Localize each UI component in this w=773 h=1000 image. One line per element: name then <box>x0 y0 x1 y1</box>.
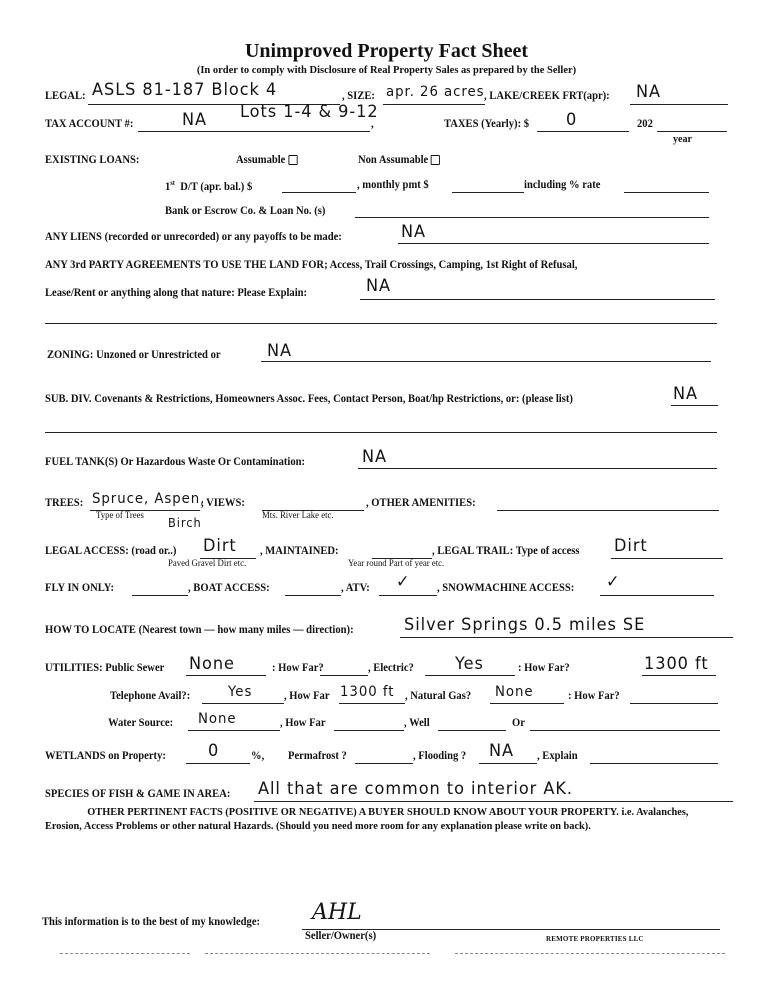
taxes-label: TAXES (Yearly): $ <box>444 118 529 130</box>
rate-field[interactable] <box>624 192 709 193</box>
tax-year-field[interactable] <box>657 131 727 132</box>
non-assumable-checkbox[interactable] <box>431 155 440 165</box>
legal-access-value: Dirt <box>203 536 237 556</box>
public-sewer-value: None <box>189 654 235 674</box>
wetlands-field[interactable] <box>186 763 250 764</box>
sewer-how-far-label: : How Far? <box>272 662 324 674</box>
lake-frontage-label: , LAKE/CREEK FRT(apr): <box>484 90 610 102</box>
signature-label: This information is to the best of my kn… <box>42 916 260 928</box>
trees-value: Spruce, Aspen, <box>92 491 205 507</box>
well-label: , Well <box>404 717 430 729</box>
tax-year-caption: year <box>673 134 692 145</box>
water-source-field[interactable] <box>188 730 280 731</box>
size-value: apr. 26 acres <box>386 84 485 100</box>
scan-artifact-line <box>455 953 725 954</box>
sewer-how-far-field[interactable] <box>320 675 368 676</box>
natural-gas-value: None <box>495 684 534 700</box>
assumable-checkbox[interactable] <box>288 155 297 165</box>
page-title: Unimproved Property Fact Sheet <box>0 40 773 63</box>
tax-account-value: NA <box>182 110 207 130</box>
size-label: , SIZE: <box>342 90 375 102</box>
electric-value: Yes <box>455 654 484 674</box>
size-field[interactable] <box>383 104 485 105</box>
zoning-field[interactable] <box>261 361 711 362</box>
how-to-locate-label: HOW TO LOCATE (Nearest town — how many m… <box>45 624 354 636</box>
assumable-label: Assumable <box>236 154 285 166</box>
water-how-far-field[interactable] <box>334 730 404 731</box>
non-assumable-option[interactable]: Non Assumable <box>358 154 440 166</box>
legal-access-caption: Paved Gravel Dirt etc. <box>168 559 246 569</box>
tax-account-comma: , <box>371 118 374 130</box>
legal-access-label: LEGAL ACCESS: (road or..) <box>45 545 176 557</box>
gas-how-far-label: : How Far? <box>568 690 620 702</box>
electric-field[interactable] <box>425 675 515 676</box>
tax-account-field[interactable] <box>138 131 370 132</box>
legal-trail-value: Dirt <box>614 536 648 556</box>
water-how-far-label: , How Far <box>280 717 326 729</box>
fuel-tanks-value: NA <box>362 447 387 467</box>
agreements-label-line2: Lease/Rent or anything along that nature… <box>45 287 307 299</box>
wetlands-percent: %, <box>251 750 264 762</box>
lake-frontage-value: NA <box>636 82 661 102</box>
fuel-tanks-field[interactable] <box>358 468 717 469</box>
electric-how-far-value: 1300 ft <box>644 654 709 674</box>
fuel-tanks-label: FUEL TANK(S) Or Hazardous Waste Or Conta… <box>45 456 305 468</box>
trees-caption: Type of Trees <box>96 511 144 521</box>
first-dt-label: 1st D/T (apr. bal.) $ <box>165 179 252 193</box>
company-footer: REMOTE PROPERTIES LLC <box>546 935 644 943</box>
how-to-locate-field[interactable] <box>400 637 733 638</box>
wetlands-value: 0 <box>208 741 219 761</box>
views-caption: Mts. River Lake etc. <box>262 511 334 521</box>
trees-label: TREES: <box>45 497 83 509</box>
views-label: , VIEWS: <box>201 497 245 509</box>
gas-how-far-field[interactable] <box>630 703 718 704</box>
flooding-field[interactable] <box>479 763 537 764</box>
subdivision-value: NA <box>673 384 698 404</box>
permafrost-field[interactable] <box>355 763 413 764</box>
maintained-caption: Year round Part of year etc. <box>348 559 444 569</box>
existing-loans-label: EXISTING LOANS: <box>45 154 139 166</box>
electric-how-far-field[interactable] <box>642 675 716 676</box>
agreements-value: NA <box>366 276 391 296</box>
boat-access-label: , BOAT ACCESS: <box>188 582 270 594</box>
legal-trail-label: , LEGAL TRAIL: Type of access <box>432 545 580 557</box>
tax-account-label: TAX ACCOUNT #: <box>45 118 133 130</box>
page-subtitle: (In order to comply with Disclosure of R… <box>0 65 773 76</box>
liens-field[interactable] <box>398 243 709 244</box>
water-other-field[interactable] <box>530 730 720 731</box>
first-dt-text: D/T (apr. bal.) $ <box>180 181 252 193</box>
telephone-label: Telephone Avail?: <box>110 690 190 702</box>
liens-label: ANY LIENS (recorded or unrecorded) or an… <box>45 231 342 243</box>
tax-year-prefix: 202 <box>637 118 653 130</box>
bank-escrow-label: Bank or Escrow Co. & Loan No. (s) <box>165 205 325 217</box>
flooding-value: NA <box>489 741 514 761</box>
snowmachine-label: , SNOWMACHINE ACCESS: <box>437 582 574 594</box>
permafrost-label: Permafrost ? <box>288 750 347 762</box>
subdivision-field[interactable] <box>671 405 718 406</box>
dt-balance-field[interactable] <box>282 192 356 193</box>
natural-gas-label: , Natural Gas? <box>405 690 471 702</box>
natural-gas-field[interactable] <box>490 703 564 704</box>
species-label: SPECIES OF FISH & GAME IN AREA: <box>45 788 230 800</box>
seller-owner-caption: Seller/Owner(s) <box>305 930 376 942</box>
non-assumable-label: Non Assumable <box>358 154 428 166</box>
atv-field[interactable] <box>379 595 437 596</box>
or-label: Or <box>512 717 525 729</box>
other-facts-text: OTHER PERTINENT FACTS (POSITIVE OR NEGAT… <box>45 806 703 833</box>
signature-value: AHL <box>312 900 362 925</box>
liens-value: NA <box>401 222 426 242</box>
legal-value-line2: Lots 1-4 & 9-12 <box>240 102 379 122</box>
species-value: All that are common to interior AK. <box>258 779 573 799</box>
lake-frontage-field[interactable] <box>630 104 728 105</box>
zoning-label: ZONING: Unzoned or Unrestricted or <box>47 349 221 361</box>
agreements-field-extra[interactable] <box>45 323 717 324</box>
electric-how-far-label: : How Far? <box>518 662 570 674</box>
subdivision-field-extra[interactable] <box>45 432 717 433</box>
utilities-label: UTILITIES: Public Sewer <box>45 662 164 674</box>
telephone-how-far-label: , How Far <box>284 690 330 702</box>
subdivision-label: SUB. DIV. Covenants & Restrictions, Home… <box>45 393 573 405</box>
snowmachine-field[interactable] <box>600 595 714 596</box>
fly-in-field[interactable] <box>132 595 188 596</box>
boat-access-field[interactable] <box>285 595 341 596</box>
other-amenities-label: , OTHER AMENITIES: <box>366 497 476 509</box>
monthly-pmt-field[interactable] <box>452 192 524 193</box>
maintained-label: , MAINTAINED: <box>260 545 339 557</box>
water-source-label: Water Source: <box>108 717 173 729</box>
public-sewer-field[interactable] <box>186 675 266 676</box>
agreements-field[interactable] <box>360 299 715 300</box>
atv-label: , ATV: <box>341 582 370 594</box>
legal-label: LEGAL: <box>45 90 86 102</box>
fly-in-label: FLY IN ONLY: <box>45 582 114 594</box>
bank-escrow-field[interactable] <box>355 217 709 218</box>
taxes-field[interactable] <box>537 131 629 132</box>
telephone-field[interactable] <box>202 703 284 704</box>
wetlands-label: WETLANDS on Property: <box>45 750 166 762</box>
agreements-label-line1: ANY 3rd PARTY AGREEMENTS TO USE THE LAND… <box>45 259 577 271</box>
trees-value-line2: Birch <box>168 516 202 530</box>
zoning-value: NA <box>267 341 292 361</box>
electric-label: , Electric? <box>368 662 414 674</box>
rate-label: including % rate <box>524 179 600 191</box>
how-to-locate-value: Silver Springs 0.5 miles SE <box>404 615 645 635</box>
first-dt-superscript: st <box>170 179 175 187</box>
flooding-label: , Flooding ? <box>413 750 466 762</box>
telephone-value: Yes <box>228 684 252 700</box>
atv-check-icon: ✓ <box>396 572 410 592</box>
other-amenities-field[interactable] <box>497 510 719 511</box>
legal-value: ASLS 81-187 Block 4 <box>92 80 277 100</box>
snowmachine-check-icon: ✓ <box>606 572 620 592</box>
explain-field[interactable] <box>590 763 718 764</box>
scan-artifact-line <box>205 953 430 954</box>
scan-artifact-line <box>60 953 190 954</box>
explain-label: , Explain <box>537 750 578 762</box>
assumable-option[interactable]: Assumable <box>236 154 297 166</box>
telephone-how-far-field[interactable] <box>339 703 405 704</box>
taxes-value: 0 <box>566 110 577 130</box>
species-field[interactable] <box>254 801 733 802</box>
legal-trail-field[interactable] <box>611 558 723 559</box>
well-field[interactable] <box>438 730 506 731</box>
monthly-pmt-label: , monthly pmt $ <box>357 179 429 191</box>
telephone-how-far-value: 1300 ft <box>340 684 394 700</box>
water-source-value: None <box>198 711 237 727</box>
